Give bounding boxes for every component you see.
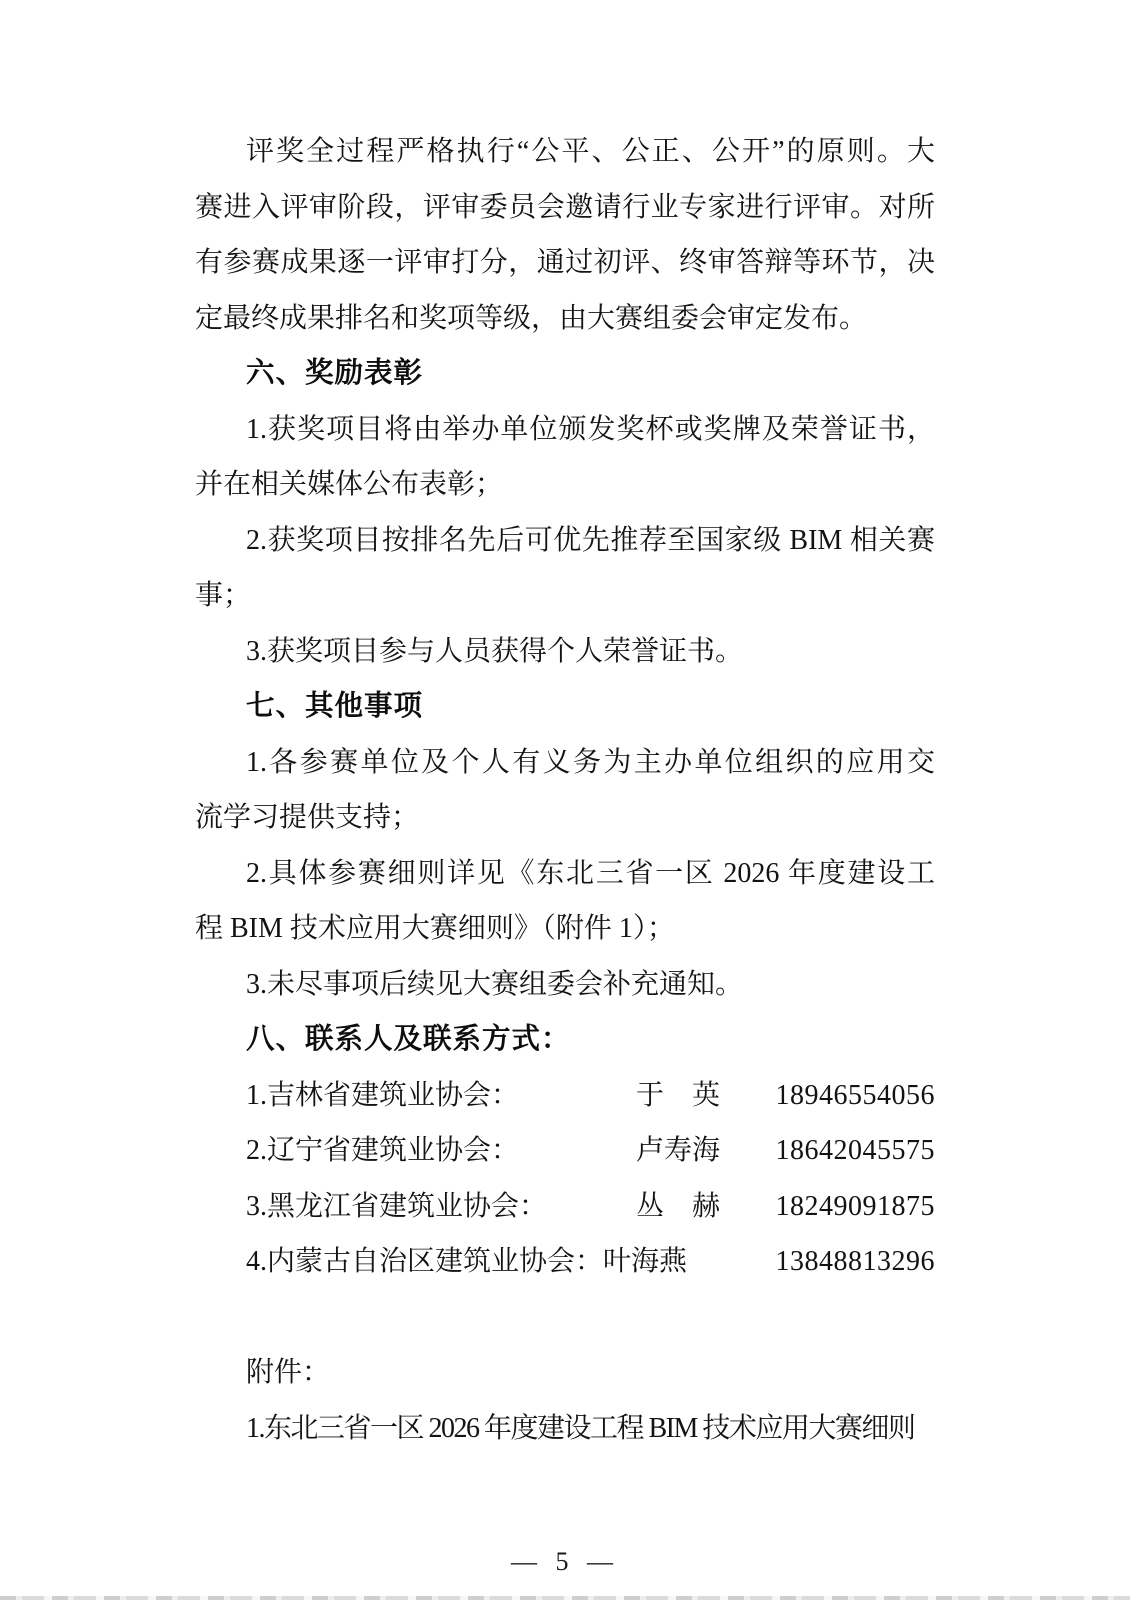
contact-organization: 1.吉林省建筑业协会： <box>246 1080 519 1111</box>
contact-row: 4.内蒙古自治区建筑业协会：叶海燕 13848813296 <box>195 1234 935 1290</box>
awards-item-line: 事； <box>195 568 935 624</box>
section-heading-contacts: 八、联系人及联系方式： <box>195 1012 935 1068</box>
contact-organization: 3.黑龙江省建筑业协会： <box>246 1191 547 1222</box>
scanned-document-page: 评奖全过程严格执行“公平、公正、公开”的原则。大 赛进入评审阶段，评审委员会邀请… <box>0 0 1130 1600</box>
section-heading-awards: 六、奖励表彰 <box>195 346 935 402</box>
document-body: 评奖全过程严格执行“公平、公正、公开”的原则。大 赛进入评审阶段，评审委员会邀请… <box>195 124 935 1456</box>
intro-paragraph-line: 有参赛成果逐一评审打分，通过初评、终审答辩等环节，决 <box>195 235 935 291</box>
other-item-line: 程 BIM 技术应用大赛细则》（附件 1）； <box>195 901 935 957</box>
contact-row: 1.吉林省建筑业协会： 于 英 18946554056 <box>195 1068 935 1124</box>
scan-artifact-bottom-edge <box>0 1596 1130 1600</box>
contact-person-name: 于 英 <box>636 1068 720 1124</box>
blank-line <box>195 1290 935 1346</box>
contact-phone-number: 18249091875 <box>776 1179 936 1235</box>
other-item-line: 流学习提供支持； <box>195 790 935 846</box>
contact-person-name: 丛 赫 <box>636 1179 720 1235</box>
contact-person-name: 卢寿海 <box>636 1123 720 1179</box>
contact-row: 2.辽宁省建筑业协会： 卢寿海 18642045575 <box>195 1123 935 1179</box>
awards-item-line: 2.获奖项目按排名先后可优先推荐至国家级 BIM 相关赛 <box>195 513 935 569</box>
contact-organization: 4.内蒙古自治区建筑业协会： <box>246 1246 603 1277</box>
attachment-item: 1.东北三省一区 2026 年度建设工程 BIM 技术应用大赛细则 <box>195 1401 935 1457</box>
other-item-line: 3.未尽事项后续见大赛组委会补充通知。 <box>195 957 935 1013</box>
attachments-label: 附件： <box>195 1345 935 1401</box>
awards-item-line: 3.获奖项目参与人员获得个人荣誉证书。 <box>195 624 935 680</box>
contact-phone-number: 18946554056 <box>776 1068 936 1124</box>
contact-phone-number: 18642045575 <box>776 1123 936 1179</box>
contact-phone-number: 13848813296 <box>776 1234 936 1290</box>
awards-item-line: 并在相关媒体公布表彰； <box>195 457 935 513</box>
contact-organization: 2.辽宁省建筑业协会： <box>246 1135 519 1166</box>
other-item-line: 1.各参赛单位及个人有义务为主办单位组织的应用交 <box>195 735 935 791</box>
contact-person-name: 叶海燕 <box>603 1246 687 1277</box>
intro-paragraph-line: 评奖全过程严格执行“公平、公正、公开”的原则。大 <box>195 124 935 180</box>
page-number: — 5 — <box>0 1547 1130 1577</box>
intro-paragraph-line: 赛进入评审阶段，评审委员会邀请行业专家进行评审。对所 <box>195 180 935 236</box>
section-heading-other: 七、其他事项 <box>195 679 935 735</box>
intro-paragraph-line: 定最终成果排名和奖项等级，由大赛组委会审定发布。 <box>195 291 935 347</box>
contact-row: 3.黑龙江省建筑业协会： 丛 赫 18249091875 <box>195 1179 935 1235</box>
awards-item-line: 1.获奖项目将由举办单位颁发奖杯或奖牌及荣誉证书， <box>195 402 935 458</box>
other-item-line: 2.具体参赛细则详见《东北三省一区 2026 年度建设工 <box>195 846 935 902</box>
